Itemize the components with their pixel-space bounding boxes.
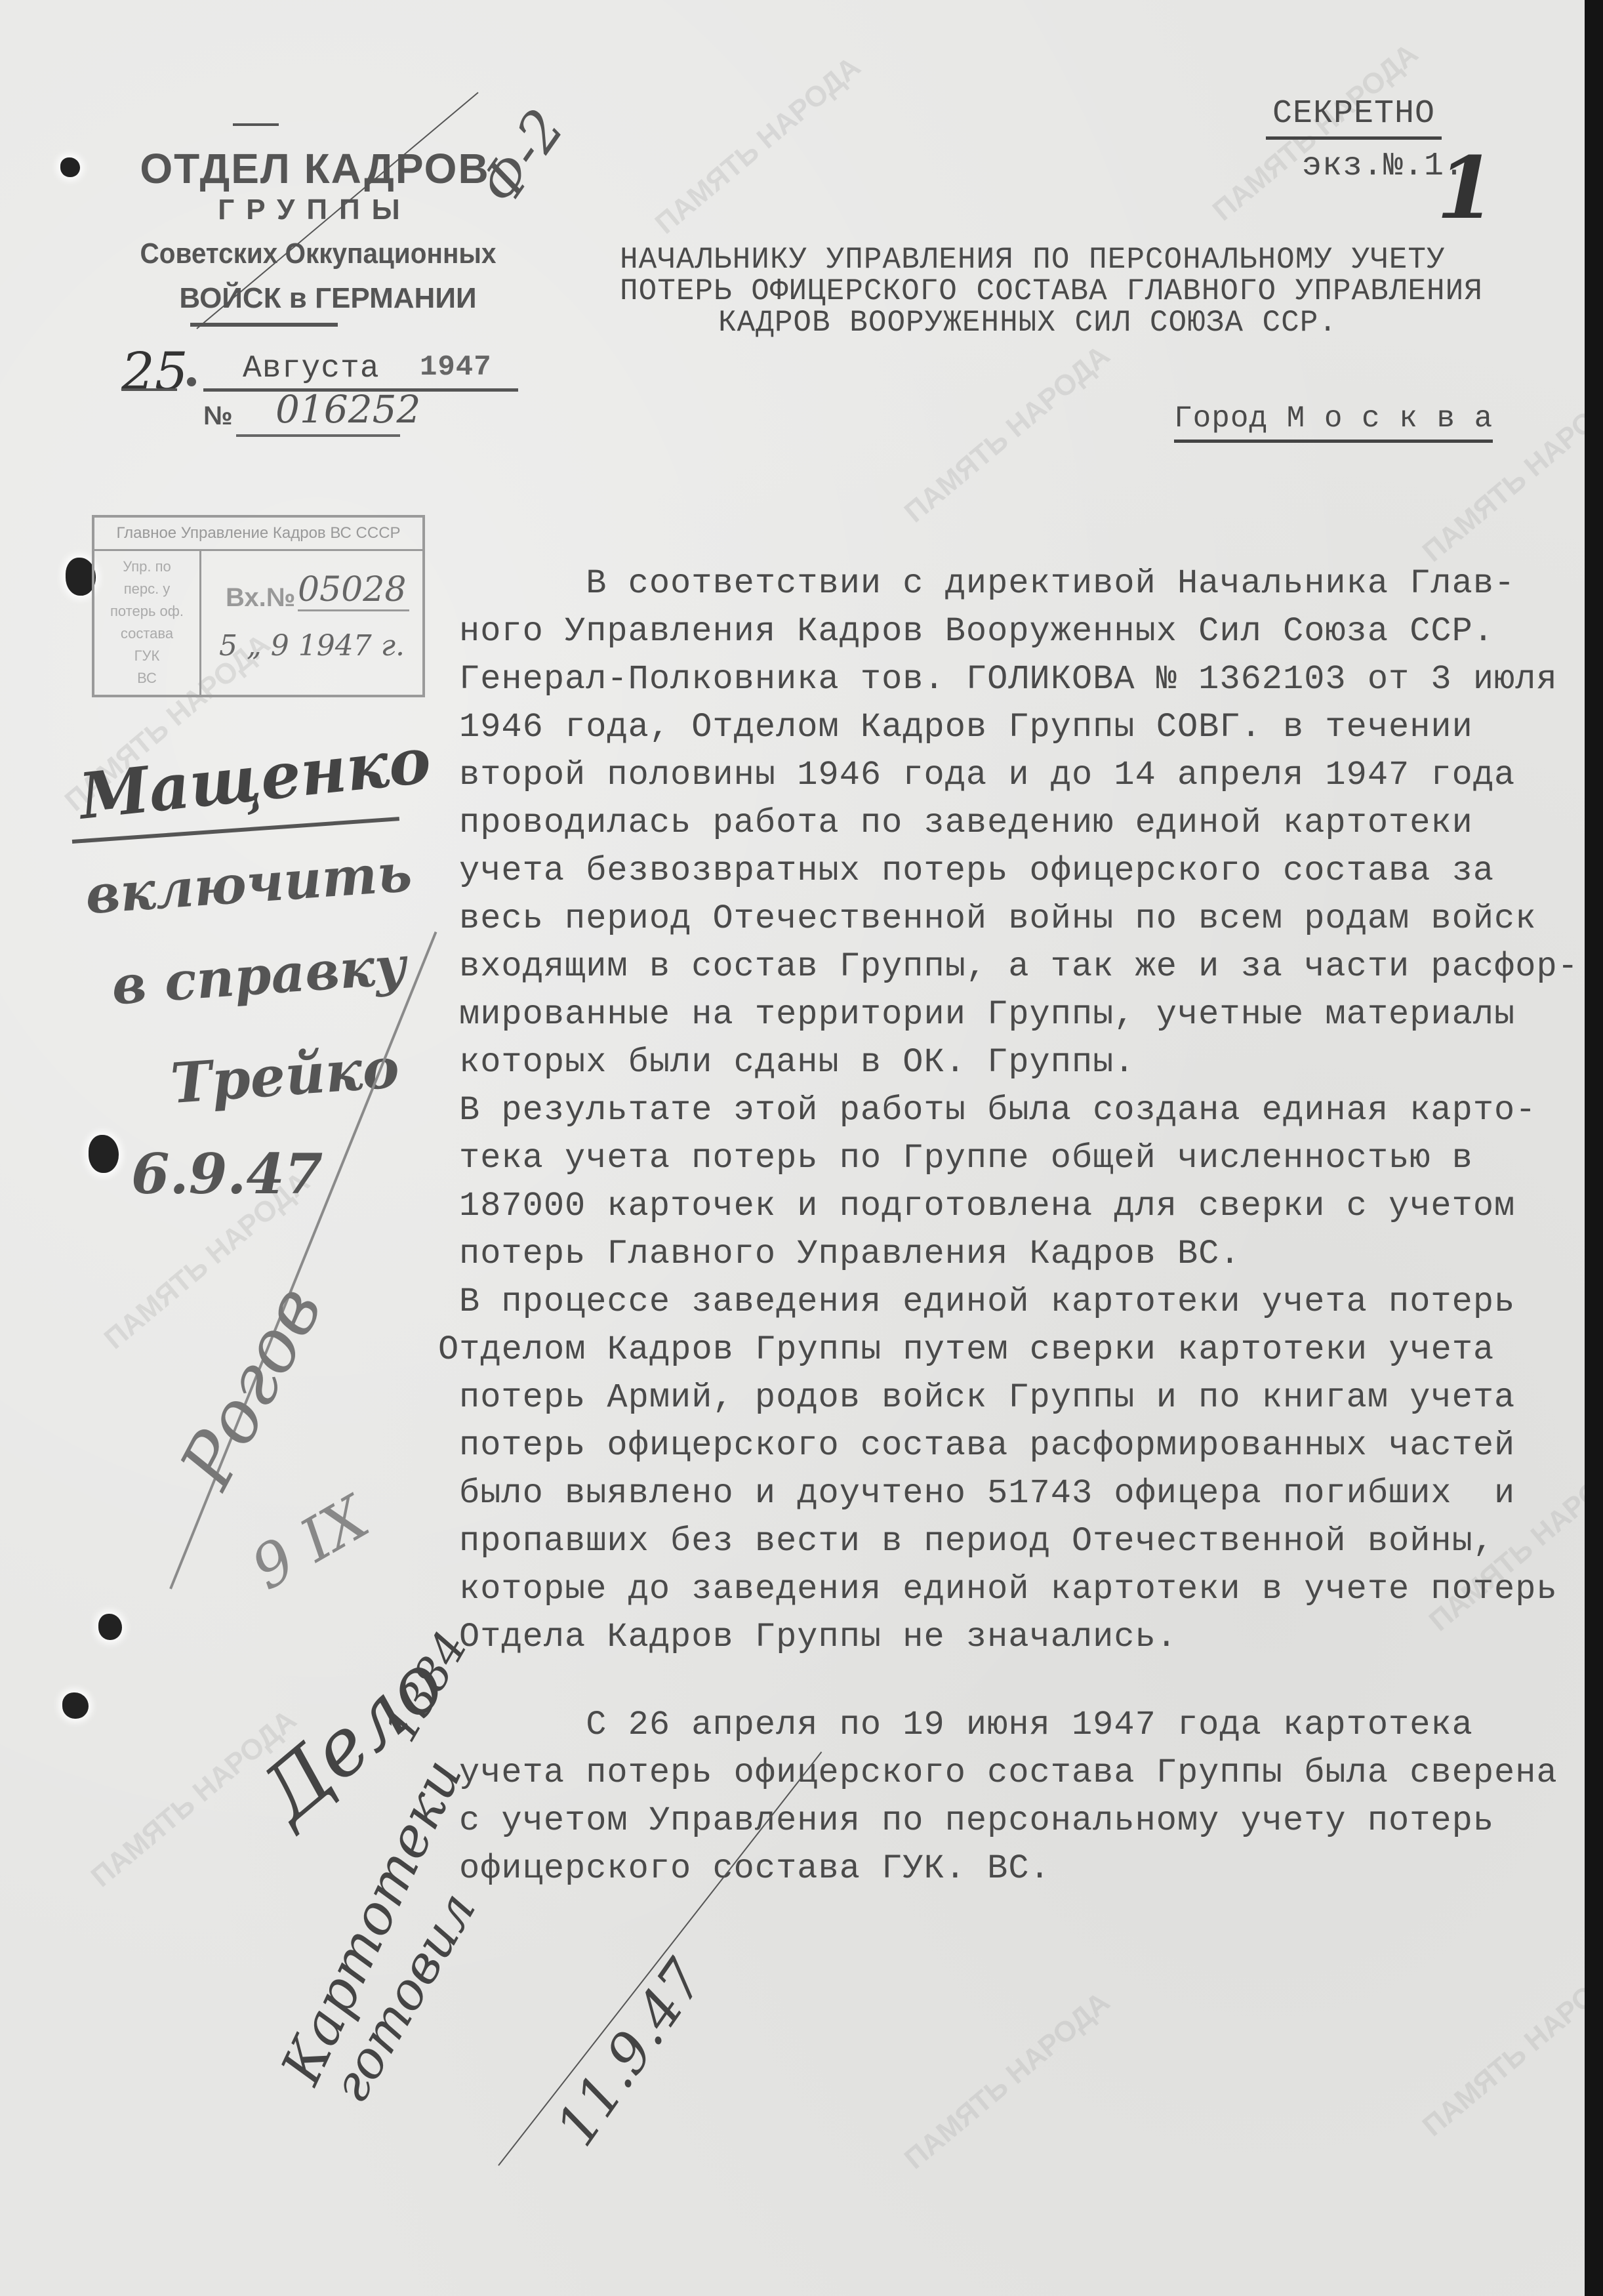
stamp-line-2: ГРУППЫ [131,194,498,226]
page-number: 1 [1436,138,1495,238]
punch-hole [60,157,80,177]
body-line: с учетом Управления по персональному уче… [459,1801,1494,1840]
stamp-year: 1947 [420,351,492,384]
body-line: С 26 апреля по 19 июня 1947 года картоте… [459,1706,1473,1744]
incoming-number: 05028 [298,570,409,611]
resolution-date: 6.9.47 [131,1141,323,1206]
stamp-number-prefix: № [203,401,233,431]
secret-label: СЕКРЕТНО [1266,95,1442,140]
stamp-left-line: Упр. по [94,556,199,578]
watermark: ПАМЯТЬ НАРОДА [1418,1954,1603,2141]
document-page: ПАМЯТЬ НАРОДА ПАМЯТЬ НАРОДА ПАМЯТЬ НАРОД… [0,0,1585,2296]
stamp-line-3: Советских Оккупационных [137,237,499,270]
resolution-text-1: включить [83,842,413,926]
body-line: пропавших без вести в период Отечественн… [459,1522,1494,1561]
addressee-line-1: НАЧАЛЬНИКУ УПРАВЛЕНИЯ ПО ПЕРСОНАЛЬНОМУ У… [620,243,1446,277]
stamp-line-4: ВОЙСК в ГЕРМАНИИ [144,282,512,315]
punch-hole [89,1135,119,1173]
stamp-month: Августа [243,351,380,386]
body-line: входящим в состав Группы, а так же и за … [459,947,1579,986]
body-line: Отдела Кадров Группы не значались. [459,1618,1177,1656]
watermark: ПАМЯТЬ НАРОДА [651,52,866,239]
pencil-note: 9 IX [240,1483,380,1604]
stamp-left-line: состава [94,623,199,645]
body-line: потерь Армий, родов войск Группы и по кн… [459,1378,1515,1417]
scan-edge [1585,0,1603,2296]
incoming-stamp-header: Главное Управление Кадров ВС СССР [94,518,422,551]
stamp-left-line: перс. у [94,578,199,600]
watermark: ПАМЯТЬ НАРОДА [900,1987,1115,2174]
city: Город М о с к в а [1174,401,1493,443]
stamp-left-line: ВС [94,667,199,689]
body-line: В процессе заведения единой картотеки уч… [459,1282,1515,1321]
body-line: потерь офицерского состава расформирован… [459,1426,1515,1465]
body-line: 187000 карточек и подготовлена для сверк… [459,1187,1515,1225]
pencil-signature: Рогов [164,1273,338,1501]
body-line: ного Управления Кадров Вооруженных Сил С… [459,612,1494,651]
body-line: учета безвозвратных потерь офицерского с… [459,851,1494,890]
incoming-label: Вх.№ [226,583,295,613]
addressee-line-3: КАДРОВ ВООРУЖЕННЫХ СИЛ СОЮЗА ССР. [718,306,1337,340]
stamp-number: 016252 [275,387,420,432]
body-line: Генерал-Полковника тов. ГОЛИКОВА № 13621… [459,660,1558,699]
body-line: которых были сданы в ОК. Группы. [459,1043,1135,1082]
body-line: второй половины 1946 года и до 14 апреля… [459,756,1515,794]
watermark: ПАМЯТЬ НАРОДА [900,340,1115,527]
body-line: учета потерь офицерского состава Группы … [459,1753,1558,1792]
stamp-line-1: ОТДЕЛ КАДРОВ [131,144,498,193]
body-line: мированные на территории Группы, учетные… [459,995,1515,1034]
body-line: проводилась работа по заведению единой к… [459,804,1473,842]
body-line: офицерского состава ГУК. ВС. [459,1849,1051,1888]
body-line: Отделом Кадров Группы путем сверки карто… [438,1330,1494,1369]
body-line: тека учета потерь по Группе общей числен… [459,1139,1473,1178]
body-line: В соответствии с директивой Начальника Г… [459,564,1515,603]
resolution-text-2: в справку [110,934,408,1016]
stamp-left-line: ГУК [94,645,199,667]
stamp-day: 25 [121,341,188,402]
punch-hole [62,1692,89,1719]
body-line: потерь Главного Управления Кадров ВС. [459,1235,1241,1273]
ink-date: 11.9.47 [543,1948,716,2158]
body-line: было выявлено и доучтено 51743 офицера п… [459,1474,1515,1513]
incoming-stamp-left: Упр. по перс. у потерь оф. состава ГУК В… [94,550,201,695]
incoming-stamp: Главное Управление Кадров ВС СССР Упр. п… [92,515,425,697]
body-line: 1946 года, Отделом Кадров Группы СОВГ. в… [459,708,1473,747]
punch-hole [98,1614,122,1640]
incoming-date: 5 „ 9 1947 г. [219,629,405,663]
addressee-line-2: ПОТЕРЬ ОФИЦЕРСКОГО СОСТАВА ГЛАВНОГО УПРА… [620,274,1483,308]
body-line: В результате этой работы была создана ед… [459,1091,1536,1130]
body-line: весь период Отечественной войны по всем … [459,899,1536,938]
stamp-left-line: потерь оф. [94,600,199,623]
body-line: которые до заведения единой картотеки в … [459,1570,1558,1609]
